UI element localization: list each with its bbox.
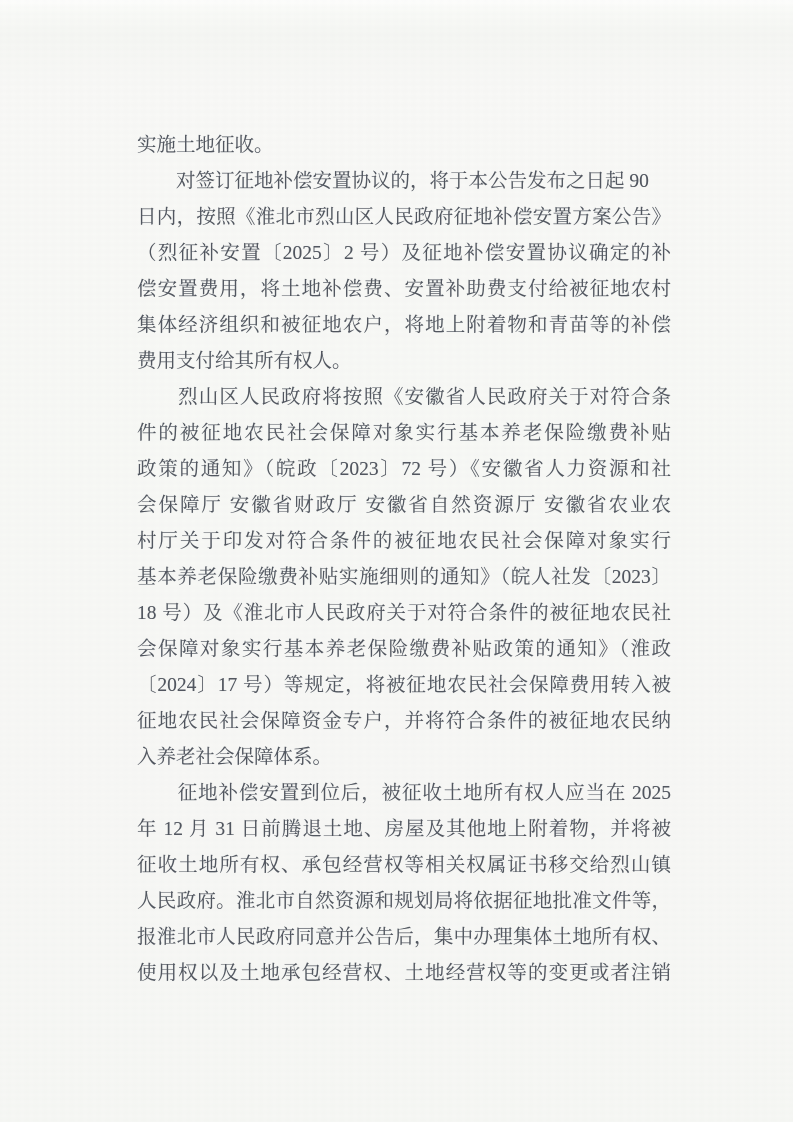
text-line: 对签订征地补偿安置协议的，将于本公告发布之日起 90	[137, 164, 671, 200]
text-line: 日内，按照《淮北市烈山区人民政府征地补偿安置方案公告》	[137, 200, 671, 236]
text-line: （烈征补安置〔2025〕2 号）及征地补偿安置协议确定的补	[137, 236, 671, 272]
text-line: 征地补偿安置到位后，被征收土地所有权人应当在 2025	[137, 776, 671, 812]
text-line: 烈山区人民政府将按照《安徽省人民政府关于对符合条	[137, 380, 671, 416]
text-line: 会保障厅 安徽省财政厅 安徽省自然资源厅 安徽省农业农	[137, 488, 671, 524]
text-line: 人民政府。淮北市自然资源和规划局将依据征地批准文件等，	[137, 884, 671, 920]
paragraph: 实施土地征收。	[137, 128, 671, 164]
text-line: 征地农民社会保障资金专户，并将符合条件的被征地农民纳	[137, 704, 671, 740]
text-line: 实施土地征收。	[137, 128, 671, 164]
text-line: 年 12 月 31 日前腾退土地、房屋及其他地上附着物，并将被	[137, 812, 671, 848]
text-line: 使用权以及土地承包经营权、土地经营权等的变更或者注销	[137, 956, 671, 992]
text-line: 费用支付给其所有权人。	[137, 344, 671, 380]
text-line: 会保障对象实行基本养老保险缴费补贴政策的通知》（淮政	[137, 632, 671, 668]
text-line: 基本养老保险缴费补贴实施细则的通知》（皖人社发〔2023〕	[137, 560, 671, 596]
text-block: 实施土地征收。 对签订征地补偿安置协议的，将于本公告发布之日起 90日内，按照《…	[137, 128, 671, 992]
text-line: 入养老社会保障体系。	[137, 740, 671, 776]
text-line: 村厅关于印发对符合条件的被征地农民社会保障对象实行	[137, 524, 671, 560]
text-line: 征收土地所有权、承包经营权等相关权属证书移交给烈山镇	[137, 848, 671, 884]
scanned-document-page: 实施土地征收。 对签订征地补偿安置协议的，将于本公告发布之日起 90日内，按照《…	[0, 0, 793, 1122]
text-line: 〔2024〕17 号）等规定，将被征地农民社会保障费用转入被	[137, 668, 671, 704]
text-line: 政策的通知》（皖政〔2023〕72 号）《安徽省人力资源和社	[137, 452, 671, 488]
text-line: 报淮北市人民政府同意并公告后，集中办理集体土地所有权、	[137, 920, 671, 956]
text-line: 件的被征地农民社会保障对象实行基本养老保险缴费补贴	[137, 416, 671, 452]
paragraph: 烈山区人民政府将按照《安徽省人民政府关于对符合条件的被征地农民社会保障对象实行基…	[137, 380, 671, 776]
text-line: 集体经济组织和被征地农户，将地上附着物和青苗等的补偿	[137, 308, 671, 344]
text-line: 18 号）及《淮北市人民政府关于对符合条件的被征地农民社	[137, 596, 671, 632]
paragraph: 征地补偿安置到位后，被征收土地所有权人应当在 2025年 12 月 31 日前腾…	[137, 776, 671, 992]
paragraph: 对签订征地补偿安置协议的，将于本公告发布之日起 90日内，按照《淮北市烈山区人民…	[137, 164, 671, 380]
text-line: 偿安置费用，将土地补偿费、安置补助费支付给被征地农村	[137, 272, 671, 308]
